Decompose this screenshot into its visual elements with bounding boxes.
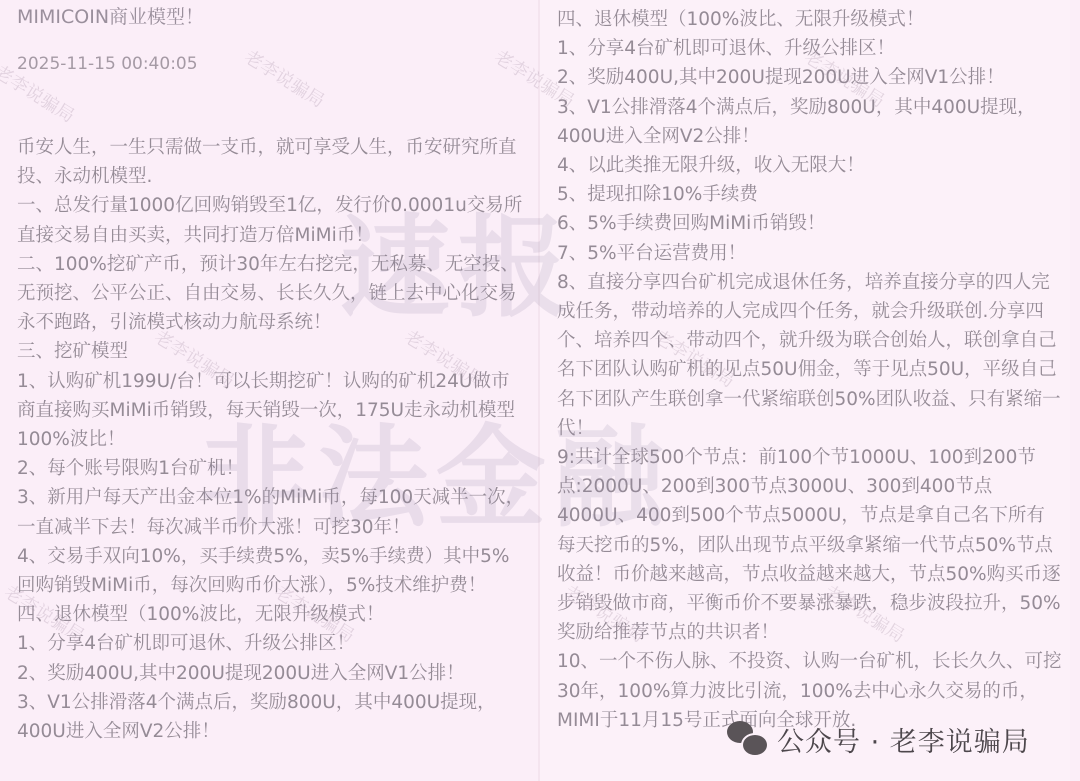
- paragraph: 3、新用户每天产出金本位1%的MiMi币，每100天减半一次，一直减半下去！每次…: [17, 483, 527, 541]
- paragraph: 4、交易手双向10%，买手续费5%，卖5%手续费）其中5%回购销毁MiMi币，每…: [17, 542, 527, 600]
- wechat-account-badge: 公众号 · 老李说骗局: [727, 717, 1030, 761]
- post-title: MIMICOIN商业模型！: [17, 2, 204, 29]
- paragraph: 6、5%手续费回购MiMi币销毁！: [557, 209, 1062, 238]
- paragraph: 三、挖矿模型: [17, 337, 527, 366]
- paragraph: 1、分享4台矿机即可退休、升级公排区！: [17, 629, 527, 658]
- paragraph: 2、每个账号限购1台矿机！: [17, 454, 527, 483]
- paragraph: 2、奖励400U,其中200U提现200U进入全网V1公排！: [557, 63, 1062, 92]
- post-body-left: 币安人生，一生只需做一支币，就可享受人生，币安研究所直投、永动机模型. 一、总发…: [17, 133, 527, 746]
- left-screenshot-panel: MIMICOIN商业模型！ 2025-11-15 00:40:05 币安人生，一…: [0, 0, 530, 781]
- paragraph: 1、认购矿机199U/台！可以长期挖矿！认购的矿机24U做市商直接购买MiMi币…: [17, 367, 527, 455]
- paragraph: 5、提现扣除10%手续费: [557, 180, 1062, 209]
- paragraph: 一、总发行量1000亿回购销毁至1亿，发行价0.0001u交易所直接交易自由买卖…: [17, 191, 527, 249]
- post-timestamp: 2025-11-15 00:40:05: [17, 54, 198, 74]
- right-screenshot-panel: 四、退休模型（100%波比、无限升级模式！ 1、分享4台矿机即可退休、升级公排区…: [540, 0, 1070, 781]
- paragraph: 4、以此类推无限升级，收入无限大！: [557, 151, 1062, 180]
- post-body-right: 四、退休模型（100%波比、无限升级模式！ 1、分享4台矿机即可退休、升级公排区…: [557, 5, 1062, 735]
- paragraph: 四、退休模型（100%波比、无限升级模式！: [557, 5, 1062, 34]
- wechat-icon: [727, 719, 769, 759]
- paragraph: 7、5%平台运营费用！: [557, 239, 1062, 268]
- paragraph: 3、V1公排滑落4个满点后，奖励800U，其中400U提现，400U进入全网V2…: [557, 93, 1062, 151]
- account-name: 公众号 · 老李说骗局: [777, 720, 1030, 759]
- paragraph: 3、V1公排滑落4个满点后，奖励800U，其中400U提现，400U进入全网V2…: [17, 688, 527, 746]
- paragraph: 四、退休模型（100%波比，无限升级模式！: [17, 600, 527, 629]
- paragraph: 1、分享4台矿机即可退休、升级公排区！: [557, 34, 1062, 63]
- paragraph: 9:共计全球500个节点：前100个节1000U、100到200节点:2000U…: [557, 443, 1062, 647]
- paragraph: 8、直接分享四台矿机完成退休任务，培养直接分享的四人完成任务，带动培养的人完成四…: [557, 268, 1062, 443]
- paragraph: 2、奖励400U,其中200U提现200U进入全网V1公排！: [17, 659, 527, 688]
- paragraph: 二、100%挖矿产币，预计30年左右挖完，无私募、无空投、无预挖、公平公正、自由…: [17, 250, 527, 338]
- paragraph: 币安人生，一生只需做一支币，就可享受人生，币安研究所直投、永动机模型.: [17, 133, 527, 191]
